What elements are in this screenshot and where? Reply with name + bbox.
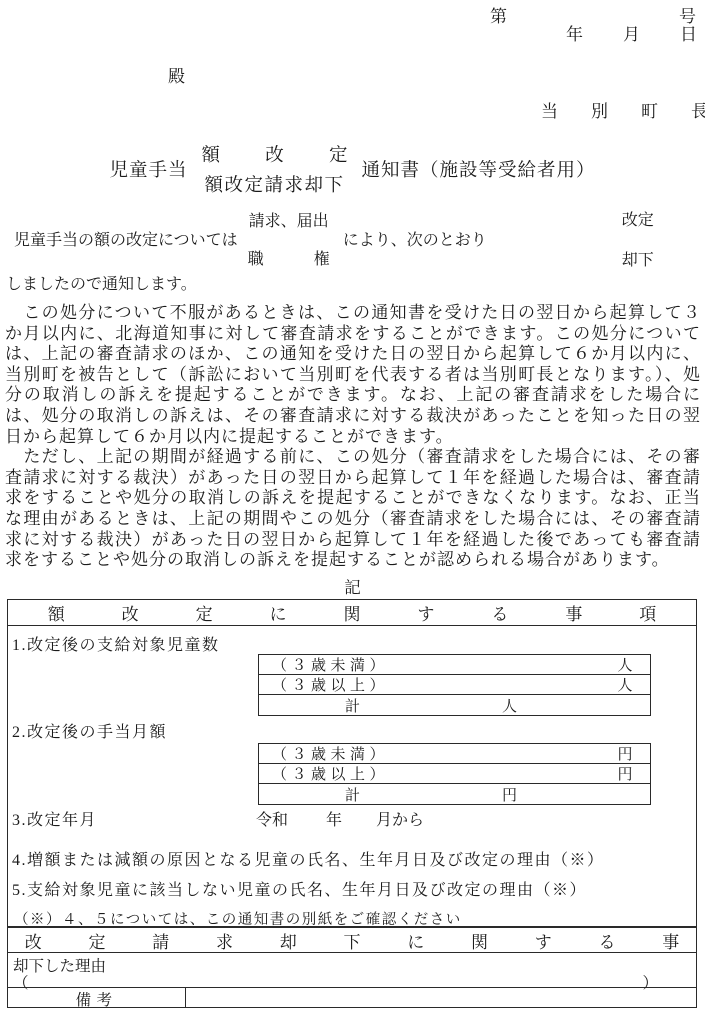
remarks-label: 備考	[8, 988, 186, 1007]
result-option-revised: 改定	[622, 207, 654, 230]
sentence-lead: 児童手当の額の改定については	[14, 227, 238, 250]
item2-row-over3: （３歳以上） 円	[259, 764, 650, 784]
result-options: 改定 却下	[622, 207, 654, 270]
item1-row-over3: （３歳以上） 人	[259, 675, 650, 695]
rejection-reason-row: 却下した理由 （ ）	[8, 952, 696, 988]
rejection-table-header: 額 改 定 請 求 却 下 に 関 す る 事 項	[8, 928, 696, 952]
item1-label: 1.改定後の支給対象児童数	[12, 632, 220, 655]
item5-label: 5.支給対象児童に該当しない児童の氏名、生年月日及び改定の理由（※）	[12, 877, 587, 900]
item2-over3-label: （３歳以上）	[272, 763, 389, 784]
item1-over3-unit: 人	[617, 674, 637, 695]
item2-under3-unit: 円	[617, 743, 637, 764]
main-sentence: 児童手当の額の改定については 請求、届出 職権 により、次のとおり 改定 却下	[0, 207, 705, 270]
appeal-paragraph-2: ただし、上記の期間が経過する前に、この処分（審査請求をした場合には、その審査請求…	[5, 447, 701, 571]
item3-year-suffix: 年	[326, 807, 342, 830]
sentence-tail: しましたので通知します。	[6, 271, 197, 294]
title-suffix: 通知書（施設等受給者用）	[362, 156, 596, 182]
addressee-suffix: 殿	[168, 62, 185, 87]
item2-total-label: 計	[345, 784, 360, 805]
item1-row-total: 計 人	[259, 695, 650, 715]
item1-under3-label: （３歳未満）	[272, 654, 389, 675]
title-prefix: 児童手当	[109, 156, 187, 182]
item1-over3-label: （３歳以上）	[272, 674, 389, 695]
item2-row-under3: （３歳未満） 円	[259, 744, 650, 764]
rejection-table: 額 改 定 請 求 却 下 に 関 す る 事 項 却下した理由 （ ） 備考	[7, 927, 697, 1008]
method-option-request: 請求、届出	[249, 208, 329, 231]
item2-under3-label: （３歳未満）	[272, 743, 389, 764]
method-option-authority: 職権	[248, 246, 330, 269]
item1-under3-unit: 人	[617, 654, 637, 675]
notification-document: 第 号 年 月 日 殿 当別町長 児童手当 額改定 額改定請求却下 通知書（施設…	[0, 0, 705, 1010]
item2-label: 2.改定後の手当月額	[12, 719, 167, 742]
ki-marker: 記	[0, 574, 705, 598]
amount-revision-table-header: 額 改 定 に 関 す る 事 項	[8, 600, 696, 626]
amount-revision-table-body: 1.改定後の支給対象児童数 （３歳未満） 人 （３歳以上） 人 計 人 2.改定…	[8, 626, 696, 926]
title-option-amount-revision: 額改定	[202, 141, 348, 167]
date-year-label: 年	[566, 20, 583, 45]
item2-over3-unit: 円	[617, 763, 637, 784]
item2-row-total: 計 円	[259, 784, 650, 804]
issuer-name: 当別町長	[541, 97, 705, 122]
title-options: 額改定 額改定請求却下	[202, 141, 348, 197]
amount-revision-table: 額 改 定 に 関 す る 事 項 1.改定後の支給対象児童数 （３歳未満） 人…	[7, 599, 697, 927]
rejection-reason-label: 却下した理由	[13, 954, 691, 976]
item2-total-unit: 円	[502, 784, 517, 805]
date-line: 年 月 日	[566, 20, 697, 45]
item4-label: 4.増額または減額の原因となる児童の氏名、生年月日及び改定の理由（※）	[12, 847, 605, 870]
item1-count-box: （３歳未満） 人 （３歳以上） 人 計 人	[258, 654, 651, 716]
title-option-rejection: 額改定請求却下	[204, 171, 344, 197]
appeal-instructions: この処分について不服があるときは、この通知書を受けた日の翌日から起算して３か月以…	[5, 303, 701, 571]
item3-label: 3.改定年月	[12, 807, 97, 830]
method-options: 請求、届出 職権	[248, 208, 330, 269]
doc-number-prefix: 第	[490, 2, 507, 27]
item3-month-suffix: 月から	[376, 807, 424, 830]
document-title: 児童手当 額改定 額改定請求却下 通知書（施設等受給者用）	[0, 141, 705, 197]
result-option-rejected: 却下	[622, 247, 654, 270]
item3-era: 令和	[256, 807, 288, 830]
appeal-paragraph-1: この処分について不服があるときは、この通知書を受けた日の翌日から起算して３か月以…	[5, 303, 701, 447]
item1-total-label: 計	[345, 695, 360, 716]
remarks-value	[186, 988, 696, 1007]
date-month-label: 月	[623, 20, 640, 45]
asterisk-note: （※）４、５については、この通知書の別紙をご確認ください	[14, 908, 462, 929]
date-day-label: 日	[680, 20, 697, 45]
item1-total-unit: 人	[502, 695, 517, 716]
item2-amount-box: （３歳未満） 円 （３歳以上） 円 計 円	[258, 743, 651, 805]
remarks-row: 備考	[8, 988, 696, 1007]
item1-row-under3: （３歳未満） 人	[259, 655, 650, 675]
sentence-mid: により、次のとおり	[343, 227, 487, 250]
